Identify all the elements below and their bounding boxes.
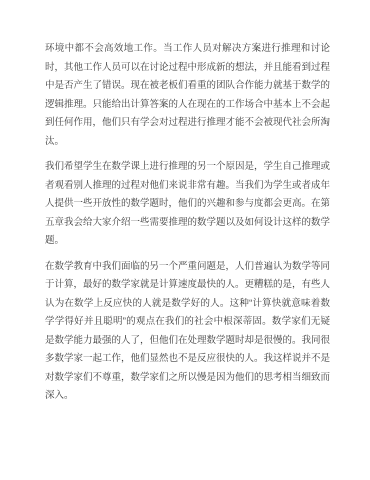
paragraph-2: 我们希望学生在数学课上进行推理的另一个原因是，学生自己推理或者观看别人推理的过程… [45, 158, 330, 251]
paragraph-3: 在数学教育中我们面临的另一个严重问题是，人们普遍认为数学等同于计算，最好的数学家… [45, 258, 330, 406]
text-block: 环境中都不会高效地工作。当工作人员对解决方案进行推理和讨论时，其他工作人员可以在… [45, 40, 330, 406]
paragraph-1: 环境中都不会高效地工作。当工作人员对解决方案进行推理和讨论时，其他工作人员可以在… [45, 40, 330, 151]
document-page: 环境中都不会高效地工作。当工作人员对解决方案进行推理和讨论时，其他工作人员可以在… [0, 0, 370, 480]
